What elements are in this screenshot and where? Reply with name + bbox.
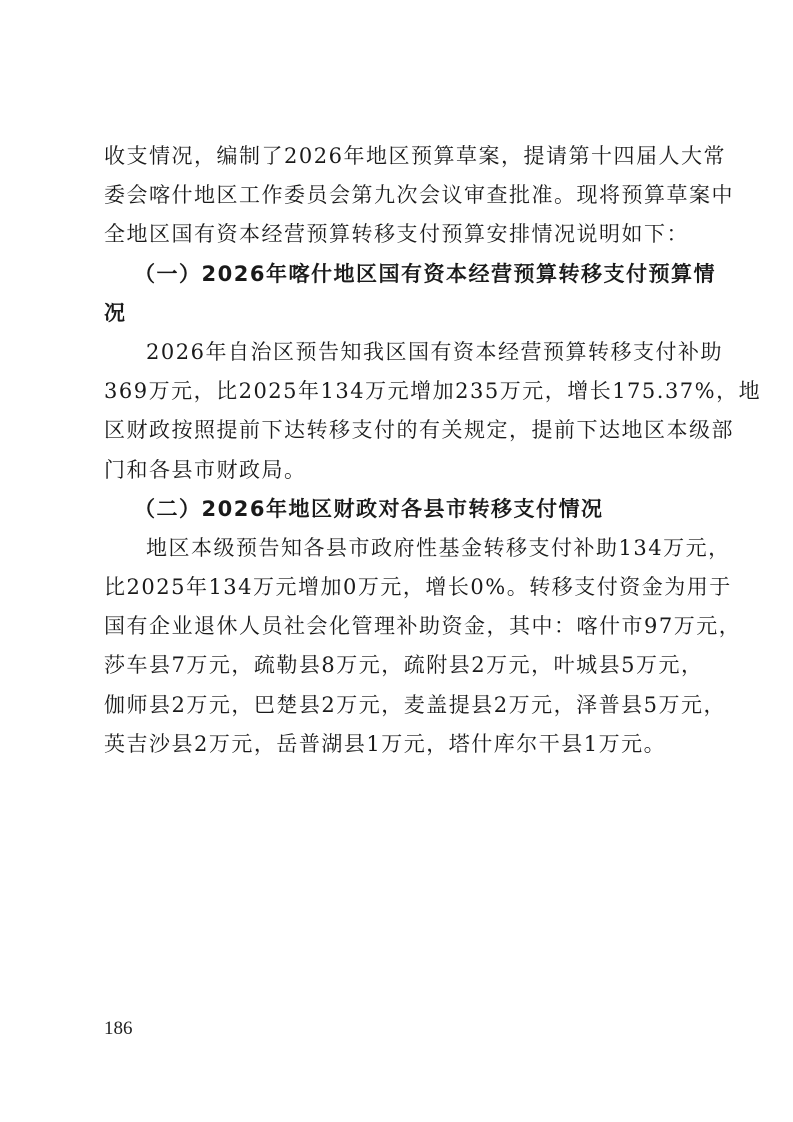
text-line: 门和各县市财政局。 <box>104 451 697 490</box>
text-line: 国有企业退休人员社会化管理补助资金，其中：喀什市97万元， <box>104 607 697 646</box>
text-line: 地区本级预告知各县市政府性基金转移支付补助134万元， <box>104 529 697 568</box>
section-2: （二）2026年地区财政对各县市转移支付情况 地区本级预告知各县市政府性基金转移… <box>104 490 697 764</box>
section-heading: （二）2026年地区财政对各县市转移支付情况 <box>104 490 697 529</box>
text-line: 区财政按照提前下达转移支付的有关规定，提前下达地区本级部 <box>104 411 697 450</box>
section-heading: （一）2026年喀什地区国有资本经营预算转移支付预算情 <box>104 255 697 294</box>
page-number: 186 <box>104 1018 133 1040</box>
text-line: 369万元，比2025年134万元增加235万元，增长175.37%，地 <box>104 372 697 411</box>
text-line: 收支情况，编制了2026年地区预算草案，提请第十四届人大常 <box>104 137 697 176</box>
text-line: 伽师县2万元，巴楚县2万元，麦盖提县2万元，泽普县5万元， <box>104 686 697 725</box>
text-line: 莎车县7万元，疏勒县8万元，疏附县2万元，叶城县5万元， <box>104 646 697 685</box>
text-line: 全地区国有资本经营预算转移支付预算安排情况说明如下： <box>104 215 697 254</box>
text-line: 2026年自治区预告知我区国有资本经营预算转移支付补助 <box>104 333 697 372</box>
text-line: 比2025年134万元增加0万元，增长0%。转移支付资金为用于 <box>104 568 697 607</box>
text-line: 英吉沙县2万元，岳普湖县1万元，塔什库尔干县1万元。 <box>104 725 697 764</box>
text-line: 委会喀什地区工作委员会第九次会议审查批准。现将预算草案中 <box>104 176 697 215</box>
section-heading-cont: 况 <box>104 294 697 333</box>
intro-paragraph: 收支情况，编制了2026年地区预算草案，提请第十四届人大常 委会喀什地区工作委员… <box>104 137 697 255</box>
section-1: （一）2026年喀什地区国有资本经营预算转移支付预算情 况 2026年自治区预告… <box>104 255 697 490</box>
document-body: 收支情况，编制了2026年地区预算草案，提请第十四届人大常 委会喀什地区工作委员… <box>104 137 697 764</box>
